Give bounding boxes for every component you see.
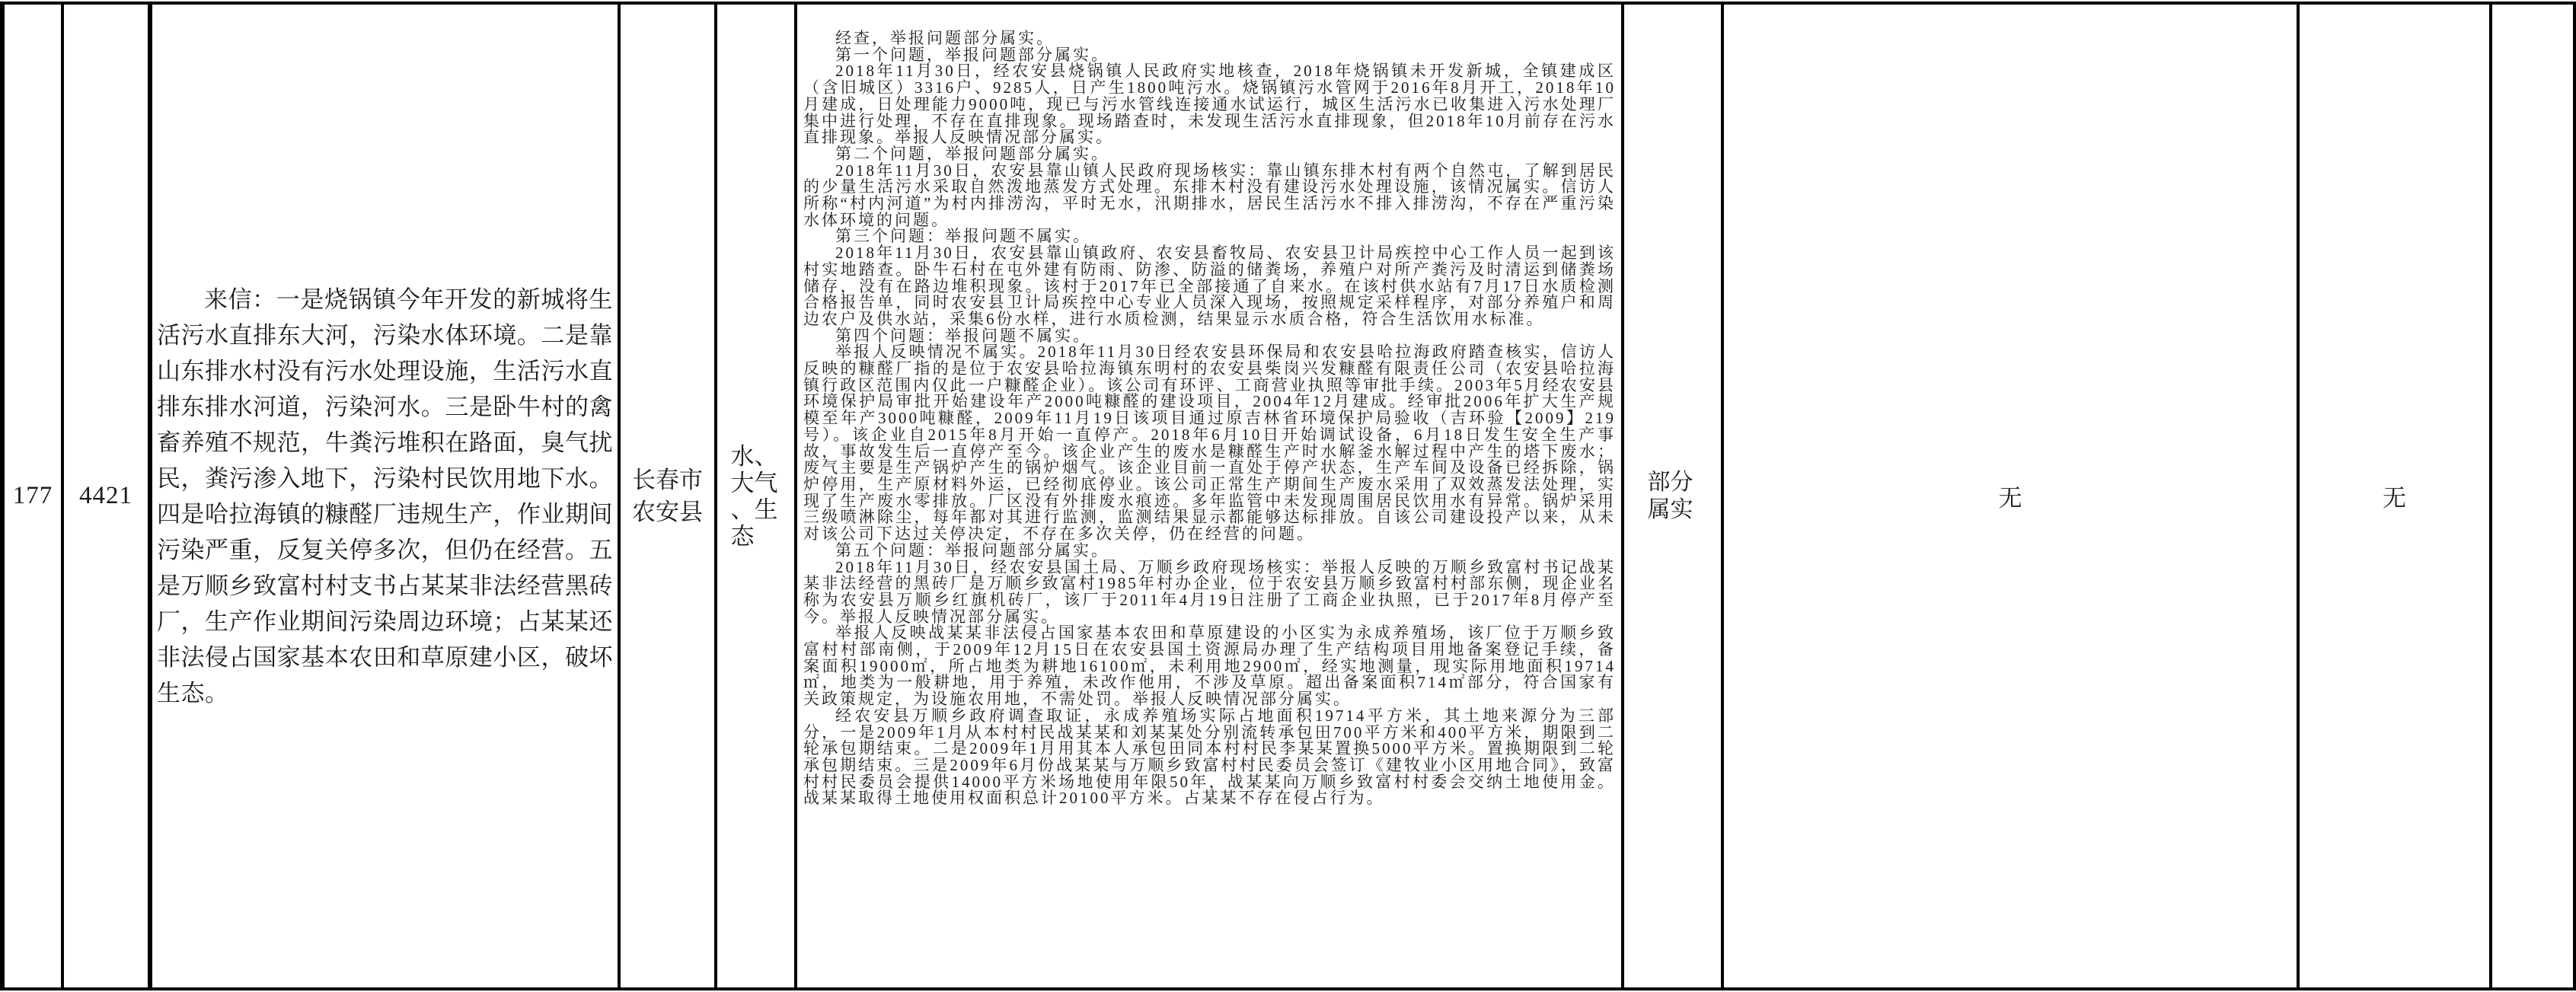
verification-paragraph: 2018年11月30日，经农安县国土局、万顺乡政府现场核实：举报人反映的万顺乡致… <box>803 560 1616 626</box>
verification-paragraph: 2018年11月30日，农安县靠山镇人民政府现场核实：靠山镇东排木村有两个自然屯… <box>803 163 1616 229</box>
pollution-type-text: 水、大气、生态 <box>731 443 781 550</box>
verification-paragraph: 第四个问题：举报问题不属实。 <box>803 328 1616 345</box>
verification-paragraph: 举报人反映情况不属实。2018年11月30日经农安县环保局和农安县哈拉海政府踏查… <box>803 344 1616 542</box>
verification-result-text: 部分属实 <box>1648 469 1698 524</box>
verification-paragraph: 第三个问题：举报问题不属实。 <box>803 228 1616 245</box>
document-page: 177 4421 来信：一是烧锅镇今年开发的新城将生活污水直排东大河，污染水体环… <box>0 0 2576 992</box>
verification-paragraph: 2018年11月30日，经农安县烧锅镇人民政府实地核查，2018年烧锅镇未开发新… <box>803 63 1616 146</box>
remark-cell: 无 <box>2300 5 2492 987</box>
verification-paragraph: 举报人反映战某某非法侵占国家基本农田和草原建设的小区实为永成养殖场，该厂位于万顺… <box>803 625 1616 708</box>
verification-paragraph: 第一个问题，举报问题部分属实。 <box>803 47 1616 64</box>
verification-paragraph: 2018年11月30日，农安县靠山镇政府、农安县畜牧局、农安县卫计局疾控中心工作… <box>803 245 1616 328</box>
case-number-cell: 4421 <box>64 5 152 987</box>
accountability-cell: 无 <box>1724 5 2300 987</box>
pollution-type-cell: 水、大气、生态 <box>717 5 797 987</box>
verification-paragraph: 第五个问题：举报问题部分属实。 <box>803 543 1616 560</box>
seq-cell: 177 <box>5 5 64 987</box>
table-row: 177 4421 来信：一是烧锅镇今年开发的新城将生活污水直排东大河，污染水体环… <box>0 2 2576 990</box>
verification-paragraph: 第二个问题，举报问题部分属实。 <box>803 146 1616 163</box>
verification-cell: 经查，举报问题部分属实。第一个问题，举报问题部分属实。2018年11月30日，经… <box>797 5 1624 987</box>
location-text: 长春市农安县 <box>631 464 704 528</box>
case-number: 4421 <box>79 482 132 510</box>
verification-paragraph: 经农安县万顺乡政府调查取证，永成养殖场实际占地面积19714平方米，其土地来源分… <box>803 708 1616 807</box>
location-cell: 长春市农安县 <box>621 5 717 987</box>
accountability-text: 无 <box>1999 479 2022 513</box>
verification-paragraph: 经查，举报问题部分属实。 <box>803 30 1616 47</box>
seq-number: 177 <box>13 482 53 510</box>
complaint-cell: 来信：一是烧锅镇今年开发的新城将生活污水直排东大河，污染水体环境。二是靠山东排水… <box>152 5 621 987</box>
verification-result-cell: 部分属实 <box>1624 5 1724 987</box>
complaint-text: 来信：一是烧锅镇今年开发的新城将生活污水直排东大河，污染水体环境。二是靠山东排水… <box>157 282 613 711</box>
empty-cell <box>2492 5 2573 987</box>
remark-text: 无 <box>2383 479 2406 513</box>
